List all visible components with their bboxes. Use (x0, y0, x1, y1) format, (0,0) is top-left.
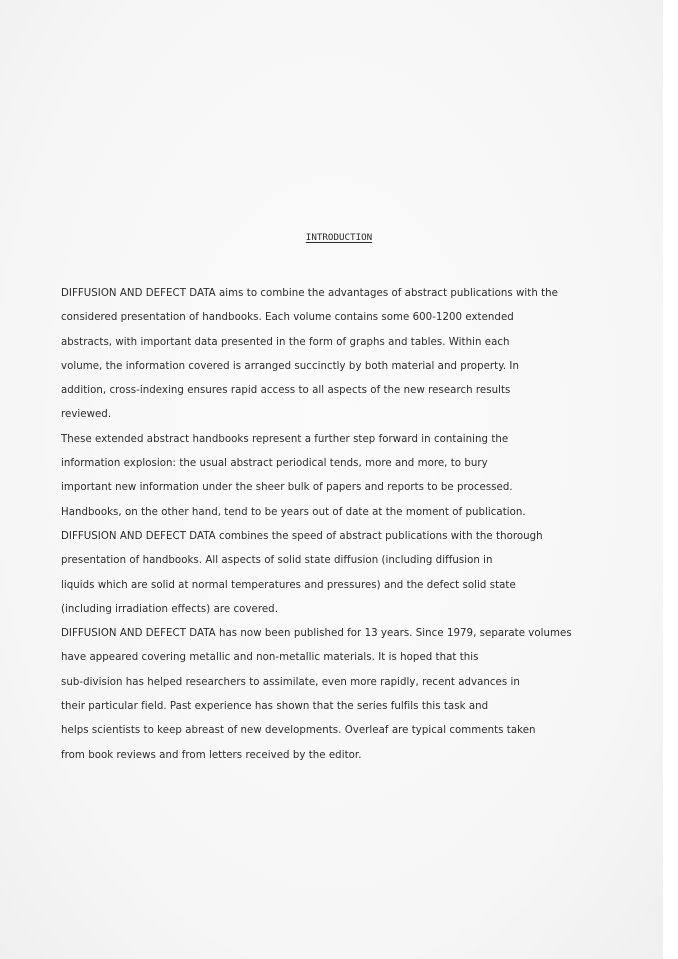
text-line: helps scientists to keep abreast of new … (61, 719, 621, 743)
document-page: INTRODUCTION DIFFUSION AND DEFECT DATA a… (0, 0, 663, 959)
text-line: reviewed. (61, 403, 621, 427)
text-line: DIFFUSION AND DEFECT DATA has now been p… (61, 622, 621, 646)
text-line: addition, cross-indexing ensures rapid a… (61, 379, 621, 403)
text-line: have appeared covering metallic and non-… (61, 646, 621, 670)
text-line: important new information under the shee… (61, 476, 621, 500)
text-line: These extended abstract handbooks repres… (61, 428, 621, 452)
text-line: (including irradiation effects) are cove… (61, 598, 621, 622)
heading-text: INTRODUCTION (306, 232, 372, 243)
text-line: liquids which are solid at normal temper… (61, 574, 621, 598)
text-line: considered presentation of handbooks. Ea… (61, 306, 621, 330)
text-line: Handbooks, on the other hand, tend to be… (61, 501, 621, 525)
text-line: DIFFUSION AND DEFECT DATA combines the s… (61, 525, 621, 549)
text-line: sub-division has helped researchers to a… (61, 671, 621, 695)
body-text: DIFFUSION AND DEFECT DATA aims to combin… (61, 282, 621, 768)
text-line: presentation of handbooks. All aspects o… (61, 549, 621, 573)
text-line: DIFFUSION AND DEFECT DATA aims to combin… (61, 282, 621, 306)
text-line: volume, the information covered is arran… (61, 355, 621, 379)
text-line: from book reviews and from letters recei… (61, 744, 621, 768)
text-line: their particular field. Past experience … (61, 695, 621, 719)
section-heading: INTRODUCTION (0, 232, 678, 243)
text-line: information explosion: the usual abstrac… (61, 452, 621, 476)
text-line: abstracts, with important data presented… (61, 331, 621, 355)
